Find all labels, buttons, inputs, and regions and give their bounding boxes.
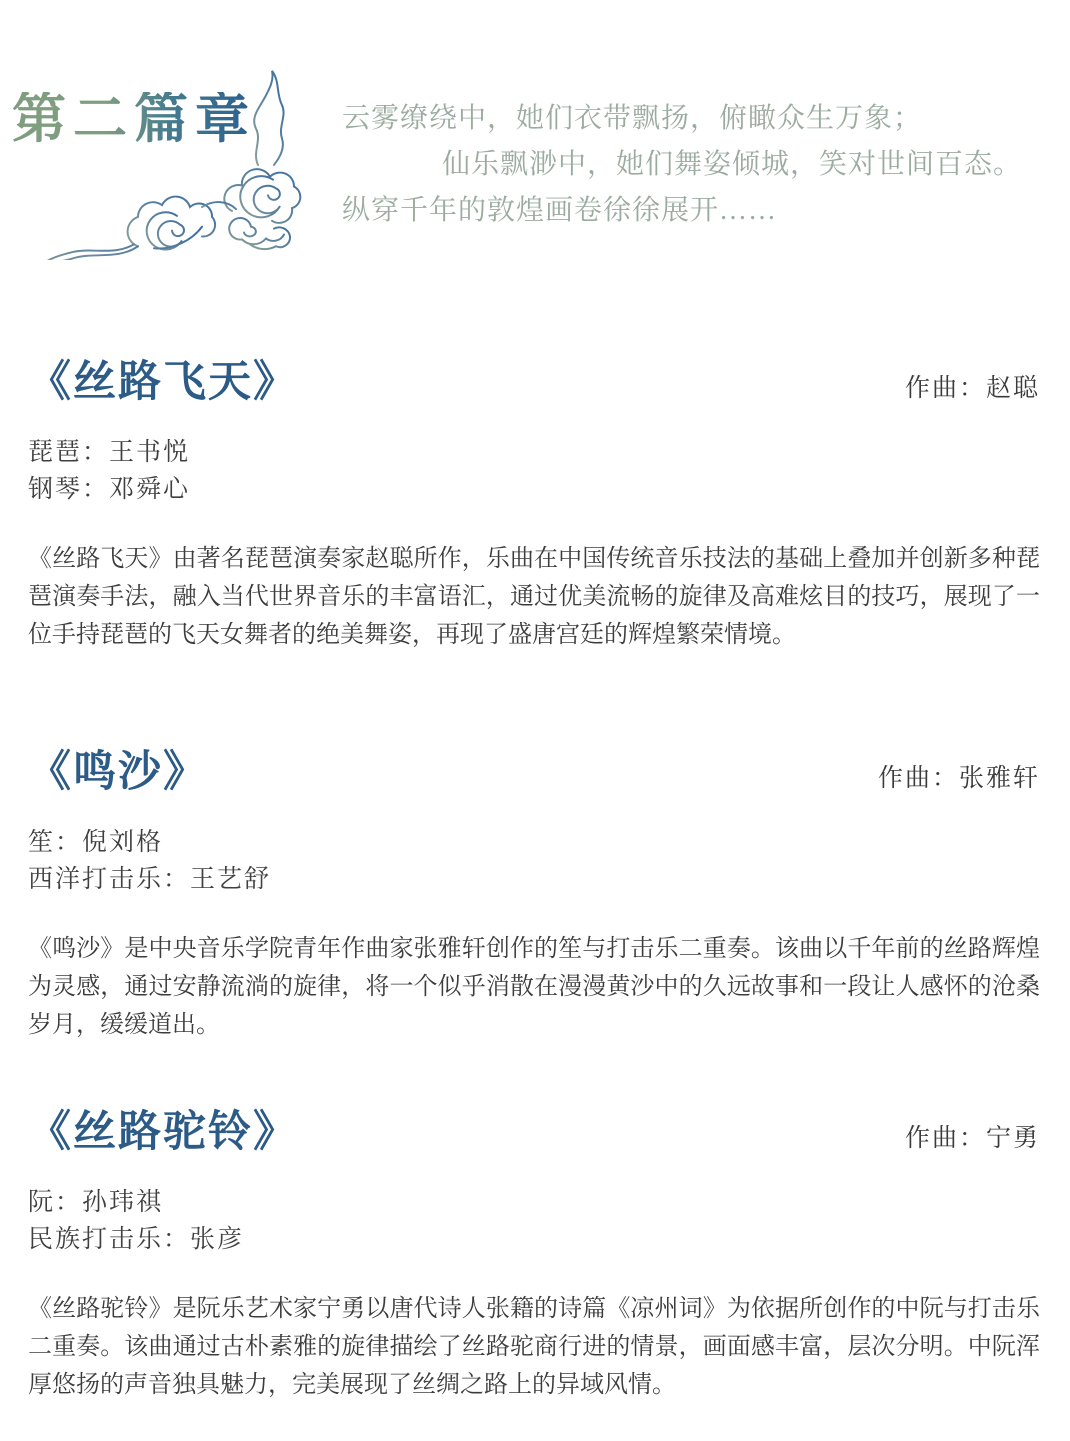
performer-line: 笙：倪刘格 <box>28 824 1040 861</box>
poem-line-1: 云雾缭绕中，她们衣带飘扬，俯瞰众生万象； <box>342 96 1048 142</box>
performer-line: 民族打击乐：张彦 <box>28 1221 1040 1258</box>
performer-line: 西洋打击乐：王艺舒 <box>28 861 1040 898</box>
composer-label: 作曲：赵聪 <box>905 368 1040 404</box>
poem-line-3: 纵穿千年的敦煌画卷徐徐展开…… <box>342 188 1048 234</box>
program-page: 第二篇章 <box>0 0 1070 1441</box>
performers-list: 阮：孙玮祺 民族打击乐：张彦 <box>28 1184 1040 1258</box>
performers-list: 笙：倪刘格 西洋打击乐：王艺舒 <box>28 824 1040 898</box>
piece-description: 《鸣沙》是中央音乐学院青年作曲家张雅轩创作的笙与打击乐二重奏。该曲以千年前的丝路… <box>28 930 1040 1044</box>
auspicious-cloud-icon <box>22 64 322 260</box>
section-silk-road-flying-apsaras: 《丝路飞天》 作曲：赵聪 琵琶：王书悦 钢琴：邓舜心 《丝路飞天》由著名琵琶演奏… <box>28 356 1040 654</box>
performers-list: 琵琶：王书悦 钢琴：邓舜心 <box>28 434 1040 508</box>
piece-title: 《丝路驼铃》 <box>28 1106 298 1160</box>
poem-line-2: 仙乐飘渺中，她们舞姿倾城，笑对世间百态。 <box>342 142 1048 188</box>
piece-title: 《鸣沙》 <box>28 746 208 800</box>
performer-line: 钢琴：邓舜心 <box>28 471 1040 508</box>
piece-description: 《丝路飞天》由著名琵琶演奏家赵聪所作，乐曲在中国传统音乐技法的基础上叠加并创新多… <box>28 540 1040 654</box>
section-silk-road-camel-bells: 《丝路驼铃》 作曲：宁勇 阮：孙玮祺 民族打击乐：张彦 《丝路驼铃》是阮乐艺术家… <box>28 1106 1040 1404</box>
performer-line: 阮：孙玮祺 <box>28 1184 1040 1221</box>
composer-label: 作曲：宁勇 <box>905 1118 1040 1154</box>
performer-line: 琵琶：王书悦 <box>28 434 1040 471</box>
composer-label: 作曲：张雅轩 <box>878 758 1040 794</box>
intro-poem: 云雾缭绕中，她们衣带飘扬，俯瞰众生万象； 仙乐飘渺中，她们舞姿倾城，笑对世间百态… <box>342 96 1048 234</box>
section-singing-sands: 《鸣沙》 作曲：张雅轩 笙：倪刘格 西洋打击乐：王艺舒 《鸣沙》是中央音乐学院青… <box>28 746 1040 1044</box>
piece-title: 《丝路飞天》 <box>28 356 298 410</box>
piece-description: 《丝路驼铃》是阮乐艺术家宁勇以唐代诗人张籍的诗篇《凉州词》为依据所创作的中阮与打… <box>28 1290 1040 1404</box>
